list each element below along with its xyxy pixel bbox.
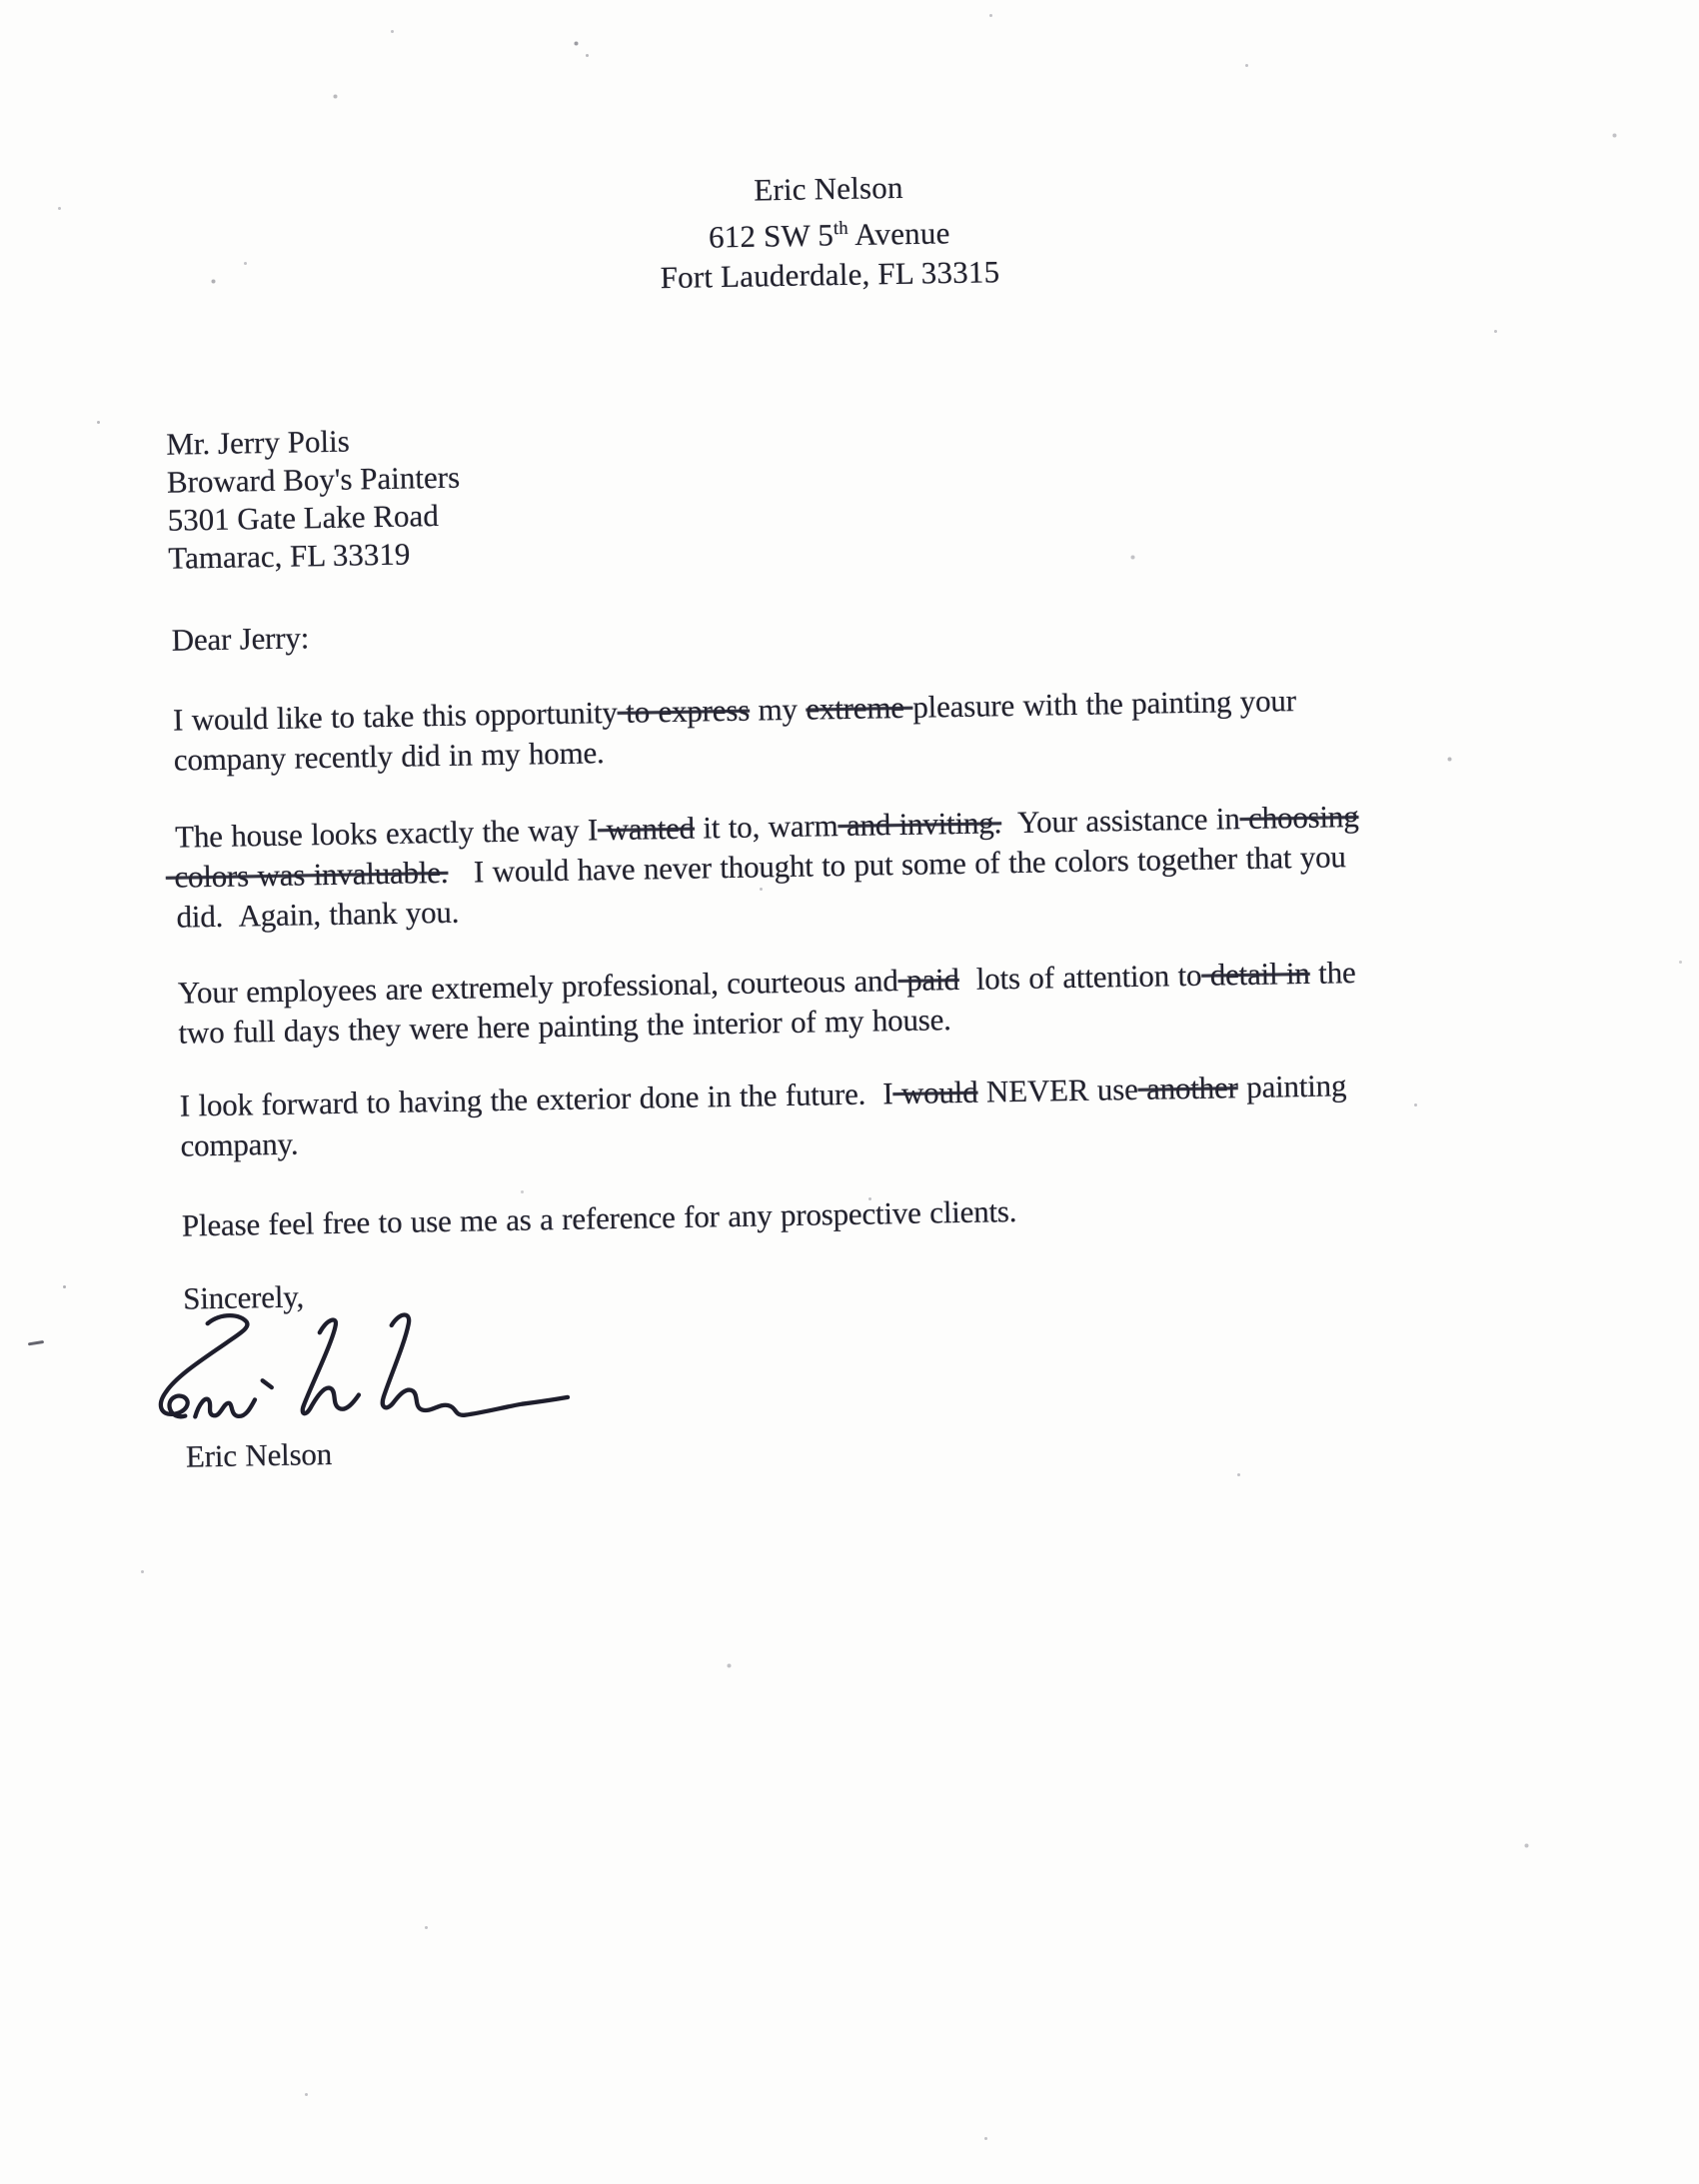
text-segment: NEVER use (977, 1072, 1138, 1109)
letter-content: Eric Nelson 612 SW 5th Avenue Fort Laude… (0, 0, 1699, 2184)
signature-scrawl (146, 1307, 572, 1426)
text-segment: the (1309, 955, 1355, 991)
text-segment: Your assistance in (1001, 801, 1240, 840)
paragraph-2: The house looks exactly the way I wanted… (175, 792, 1646, 938)
recipient-street: 5301 Gate Lake Road (167, 497, 461, 540)
text-segment: painting (1237, 1068, 1346, 1104)
text-segment: Please feel free to use me as a referenc… (182, 1193, 1017, 1243)
struck-text: would (892, 1075, 978, 1110)
text-segment: my (750, 692, 807, 728)
recipient-city-state-zip: Tamarac, FL 33319 (168, 535, 462, 578)
recipient-address-block: Mr. Jerry Polis Broward Boy's Painters 5… (166, 421, 462, 578)
struck-text: detail in (1201, 956, 1310, 993)
letter-line: Please feel free to use me as a referenc… (182, 1180, 1651, 1246)
signature-stroke-he (301, 1319, 359, 1413)
text-segment: lots of attention to (958, 958, 1201, 997)
struck-text: another (1137, 1070, 1238, 1106)
struck-text: extreme (806, 690, 913, 727)
signature-stroke-accent (263, 1380, 272, 1387)
paragraph-4: I look forward to having the exterior do… (180, 1061, 1650, 1166)
text-segment: it to, warm (695, 808, 839, 845)
recipient-company: Broward Boy's Painters (167, 459, 461, 502)
struck-text: choosing (1239, 799, 1358, 836)
scanned-letter-page: Eric Nelson 612 SW 5th Avenue Fort Laude… (0, 0, 1699, 2184)
text-segment: pleasure with the painting your (912, 683, 1296, 725)
struck-text: colors was invaluable. (166, 855, 449, 895)
struck-text: and inviting. (838, 805, 1001, 843)
text-segment: The house looks exactly the way I (175, 812, 598, 854)
signature-stroke-l-tail (381, 1312, 568, 1417)
text-segment: I would like to take this opportunity (173, 695, 618, 738)
struck-text: to express (617, 693, 750, 730)
text-segment: company. (180, 1126, 298, 1163)
struck-text: wanted (598, 811, 695, 848)
text-segment: did. Again, thank you. (176, 895, 459, 935)
text-segment: company recently did in my home. (174, 735, 605, 778)
letterhead: Eric Nelson 612 SW 5th Avenue Fort Laude… (0, 154, 1680, 310)
paragraph-3: Your employees are extremely professiona… (178, 948, 1648, 1054)
recipient-name: Mr. Jerry Polis (166, 421, 460, 464)
street-number: 612 SW 5 (709, 217, 835, 254)
street-ordinal: th (834, 218, 849, 239)
paragraph-5: Please feel free to use me as a referenc… (182, 1180, 1651, 1246)
stray-pen-mark (28, 1340, 44, 1345)
greeting: Dear Jerry: (171, 595, 1640, 661)
signature-stroke-ii (195, 1398, 255, 1417)
street-name: Avenue (849, 215, 950, 252)
struck-text: paid (897, 962, 959, 998)
paragraph-1: I would like to take this opportunity to… (173, 675, 1643, 781)
